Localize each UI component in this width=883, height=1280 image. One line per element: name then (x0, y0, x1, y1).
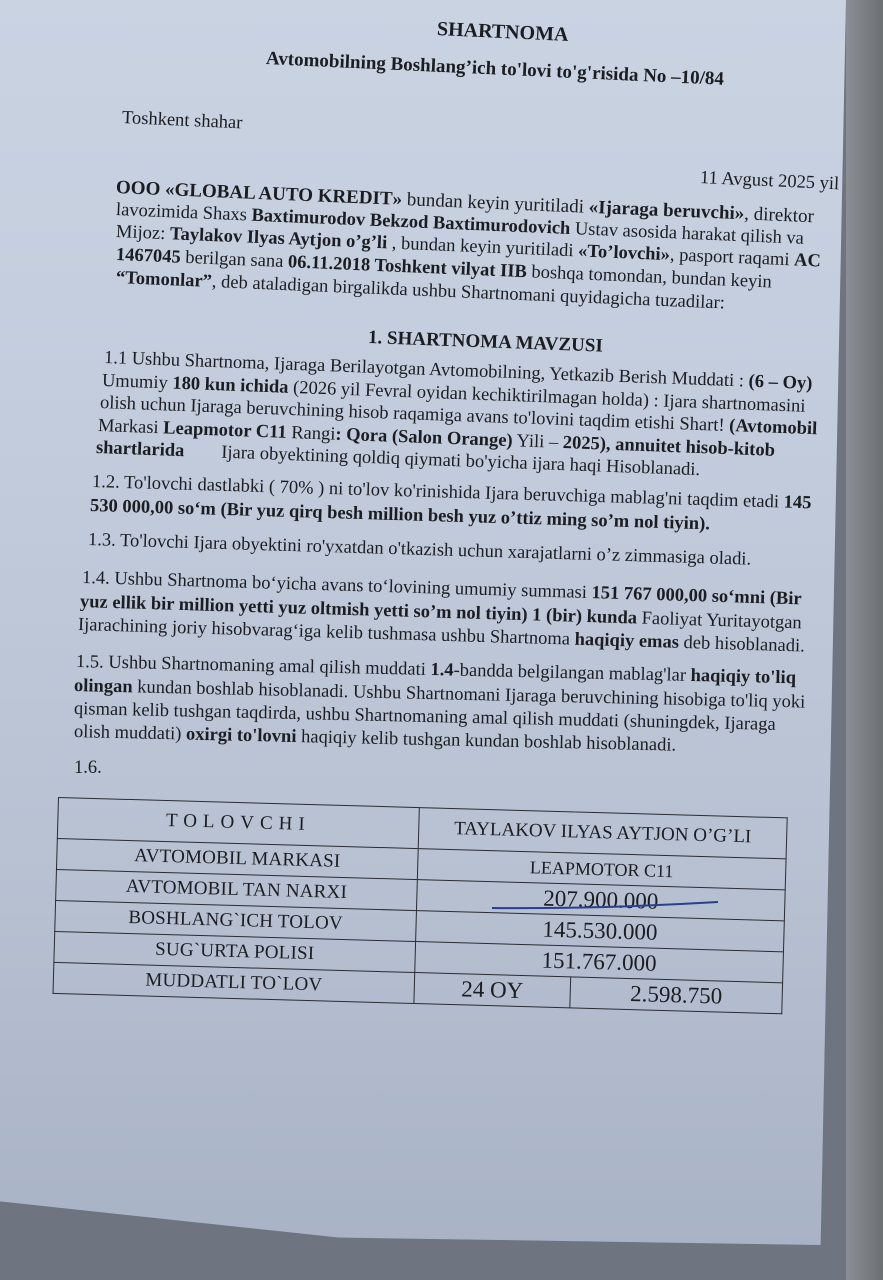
pen-underline-mark (490, 900, 720, 910)
text: , direktor (744, 203, 814, 227)
invalid-term: haqiqiy emas (574, 630, 679, 653)
document-subtitle: Avtomobilning Boshlang’ich to'lovi to'g'… (266, 48, 725, 91)
text: berilgan sana (180, 248, 288, 272)
city: Toshkent shahar (122, 108, 243, 134)
contract-document: SHARTNOMA Avtomobilning Boshlang’ich to'… (0, 0, 883, 1280)
text: shartlarida (96, 438, 185, 461)
text: olingan (74, 676, 133, 697)
text: Mijoz: (116, 222, 171, 244)
text: lavozimida Shaxs (116, 200, 252, 226)
text: Umumiy (102, 371, 173, 394)
text: 1.5. Ushbu Shartnomaning amal qilish mud… (76, 652, 431, 680)
total-amount: 151 767 000,00 so‘mni (Bir (591, 583, 802, 609)
car-model: Leapmotor C11 (163, 418, 287, 443)
text: oxirgi to'lovni (186, 725, 297, 748)
amount: 145 (783, 493, 811, 514)
text: Rangi (286, 423, 336, 445)
monthly-amount: 2.598.750 (570, 977, 783, 1014)
text: haqiqiy to'liq (690, 666, 796, 688)
date: 11 Avgust 2025 yil (700, 168, 840, 195)
text: , pasport raqami (669, 245, 794, 270)
document-title: SHARTNOMA (436, 18, 568, 47)
text: olish muddati) (74, 722, 186, 745)
text: deb hisoblanadi. (679, 633, 805, 657)
clause-1-6: 1.6. (74, 758, 102, 779)
delivery-term: (6 – Oy) (748, 372, 812, 394)
text: 1.4 (430, 660, 454, 681)
text: Faoliyat Yuritayotgan (637, 609, 802, 634)
text: (Avtomobil (729, 416, 818, 439)
text: Markasi (98, 416, 164, 438)
payer-term: «To’lovchi» (578, 241, 671, 265)
days-term: 180 kun ichida (172, 374, 289, 398)
passport-number: 1467045 (116, 245, 182, 268)
passport-series: AC (794, 250, 822, 271)
parties-term: “Tomonlar” (116, 268, 213, 292)
text: Yili – (512, 431, 563, 453)
text: -bandda belgilangan mablag'lar (453, 661, 690, 686)
term-value: 24 OY (414, 973, 571, 1008)
section-heading: 1. SHARTNOMA MAVZUSI (368, 327, 604, 358)
clause-1-3: 1.3. To'lovchi Ijara obyektini ro'yxatda… (88, 530, 752, 571)
